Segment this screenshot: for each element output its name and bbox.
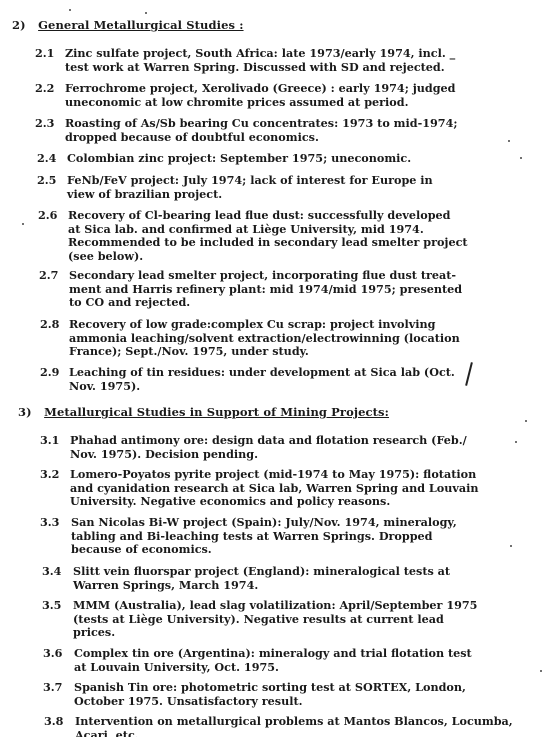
item-number: 2.9 <box>40 366 59 380</box>
document-page: 2) General Metallurgical Studies : 2.1 Z… <box>0 0 550 737</box>
item-number: 3.3 <box>40 516 59 530</box>
item-text: Leaching of tin residues: under developm… <box>69 366 549 393</box>
section-number: 3) <box>18 405 40 419</box>
item-text: Phahad antimony ore: design data and flo… <box>70 434 550 461</box>
item-number: 3.5 <box>42 599 61 613</box>
item-number: 3.2 <box>40 468 59 482</box>
item-number: 2.8 <box>40 318 59 332</box>
item-text: Lomero-Poyatos pyrite project (mid-1974 … <box>70 468 550 509</box>
item-text: Slitt vein fluorspar project (England): … <box>73 565 550 592</box>
item-number: 2.5 <box>37 174 56 188</box>
item-number: 3.4 <box>42 565 61 579</box>
section-number: 2) <box>12 18 34 32</box>
item-number: 3.8 <box>44 715 63 729</box>
item-text: Roasting of As/Sb bearing Cu concentrate… <box>65 117 545 144</box>
item-number: 3.6 <box>43 647 62 661</box>
item-text: San Nicolas Bi-W project (Spain): July/N… <box>71 516 550 557</box>
scan-speck <box>508 140 510 142</box>
item-number: 2.4 <box>37 152 56 166</box>
item-text: MMM (Australia), lead slag volatilizatio… <box>73 599 550 640</box>
item-number: 2.2 <box>35 82 54 96</box>
item-text: Colombian zinc project: September 1975; … <box>67 152 547 166</box>
scan-speck <box>525 420 527 422</box>
item-text: Secondary lead smelter project, incorpor… <box>69 269 549 310</box>
section-heading: 3) Metallurgical Studies in Support of M… <box>18 405 389 419</box>
scan-speck <box>540 670 542 672</box>
item-number: 2.6 <box>38 209 57 223</box>
item-text: Spanish Tin ore: photometric sorting tes… <box>74 681 550 708</box>
scan-speck <box>22 223 24 225</box>
item-text: Recovery of low grade:complex Cu scrap: … <box>69 318 549 359</box>
scan-speck <box>145 12 147 14</box>
scan-speck <box>520 157 522 159</box>
item-text: Zinc sulfate project, South Africa: late… <box>65 47 545 74</box>
item-text: Ferrochrome project, Xerolivado (Greece)… <box>65 82 545 109</box>
section-title: Metallurgical Studies in Support of Mini… <box>44 405 389 419</box>
section-heading: 2) General Metallurgical Studies : <box>12 18 244 32</box>
item-text: Recovery of Cl-bearing lead flue dust: s… <box>68 209 548 263</box>
scan-speck <box>69 9 71 11</box>
item-text: Complex tin ore (Argentina): mineralogy … <box>74 647 550 674</box>
item-number: 2.3 <box>35 117 54 131</box>
scan-speck <box>510 545 512 547</box>
item-number: 2.7 <box>39 269 58 283</box>
item-text: FeNb/FeV project: July 1974; lack of int… <box>67 174 547 201</box>
item-text: Intervention on metallurgical problems a… <box>75 715 550 737</box>
item-number: 2.1 <box>35 47 54 61</box>
scan-speck <box>515 441 517 443</box>
section-title: General Metallurgical Studies : <box>38 18 243 32</box>
item-number: 3.7 <box>43 681 62 695</box>
item-number: 3.1 <box>40 434 59 448</box>
